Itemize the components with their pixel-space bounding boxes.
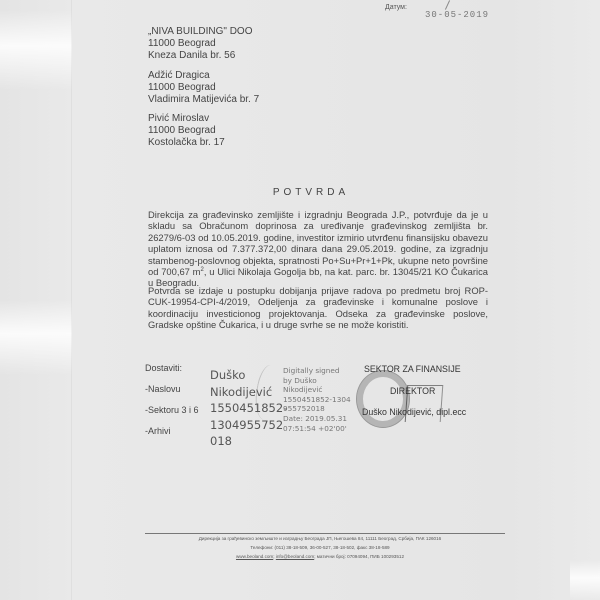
signature-detail-line: 1550451852-1304 — [283, 395, 351, 405]
digital-signature-details: Digitally signed by Duško Nikodijević 15… — [283, 366, 351, 433]
light-glare — [0, 300, 72, 375]
footer-registry: матични број: 07094094, ПИБ 100293512 — [317, 554, 404, 559]
paragraph-confirmation: Direkcija za građevinsko zemljište i izg… — [148, 209, 488, 289]
signatory-role: DIREKTOR — [390, 386, 435, 396]
signature-name-line: 1304955752 — [210, 417, 287, 434]
recipient-address: „NIVA BUILDING" DOO 11000 Beograd Kneza … — [148, 26, 253, 62]
recipient-street: Kostolačka br. 17 — [148, 137, 225, 149]
signature-name-line: 018 — [210, 433, 287, 450]
email-link[interactable]: info@beoland.com — [276, 554, 314, 559]
distribution-item: -Sektoru 3 i 6 — [145, 405, 199, 426]
recipient-address: Adžić Dragica 11000 Beograd Vladimira Ma… — [148, 70, 259, 106]
recipient-name: Pivić Miroslav — [148, 113, 225, 125]
recipient-address: Pivić Miroslav 11000 Beograd Kostolačka … — [148, 113, 225, 149]
footer-address: Дирекција за грађевинско земљиште и изгр… — [120, 536, 520, 541]
footer-divider — [145, 533, 505, 534]
date-stamp: 30-05-2019 — [425, 10, 489, 20]
distribution-item: -Arhivi — [145, 426, 199, 447]
signature-name-line: Duško — [210, 367, 287, 384]
recipient-city: 11000 Beograd — [148, 38, 253, 50]
signature-detail-line: Date: 2019.05.31 — [283, 414, 351, 424]
recipient-street: Vladimira Matijevića br. 7 — [148, 94, 259, 106]
signatory-name: Duško Nikodijević, dipl.ecc — [362, 407, 466, 417]
footer-contacts: www.beoland.com; info@beoland.com; матич… — [120, 554, 520, 559]
signature-detail-line: by Duško — [283, 376, 351, 386]
paragraph-purpose: Potvrda se izdaje u postupku dobijanja p… — [148, 285, 488, 331]
signature-name-line: Nikodijević — [210, 384, 287, 401]
signature-name-line: 1550451852- — [210, 400, 287, 417]
recipient-city: 11000 Beograd — [148, 125, 225, 137]
page-edge — [71, 0, 72, 600]
distribution-label: Dostaviti: — [145, 363, 199, 384]
pen-stroke — [445, 0, 450, 9]
signature-detail-line: 07:51:54 +02'00' — [283, 424, 351, 434]
document-title: POTVRDA — [0, 187, 600, 198]
official-stamp-icon — [356, 370, 410, 428]
digital-signature-name: Duško Nikodijević 1550451852- 1304955752… — [210, 367, 287, 450]
website-link[interactable]: www.beoland.com — [236, 554, 273, 559]
footer-phones: Телефони: (011) 38-18-509, 36-00-527, 38… — [120, 545, 520, 550]
date-label: Датум: — [385, 4, 407, 11]
recipient-name: Adžić Dragica — [148, 70, 259, 82]
signature-detail-line: Nikodijević — [283, 385, 351, 395]
signature-detail-line: Digitally signed — [283, 366, 351, 376]
light-glare — [570, 560, 600, 600]
document-page: Датум: 30-05-2019 „NIVA BUILDING" DOO 11… — [0, 0, 600, 600]
light-glare — [0, 10, 72, 90]
distribution-list: Dostaviti: -Naslovu -Sektoru 3 i 6 -Arhi… — [145, 363, 199, 447]
distribution-item: -Naslovu — [145, 384, 199, 405]
signatory-sector: SEKTOR ZA FINANSIJE — [364, 364, 461, 374]
recipient-name: „NIVA BUILDING" DOO — [148, 26, 253, 38]
signature-detail-line: 955752018 — [283, 404, 351, 414]
recipient-street: Kneza Danila br. 56 — [148, 50, 253, 62]
recipient-city: 11000 Beograd — [148, 82, 259, 94]
